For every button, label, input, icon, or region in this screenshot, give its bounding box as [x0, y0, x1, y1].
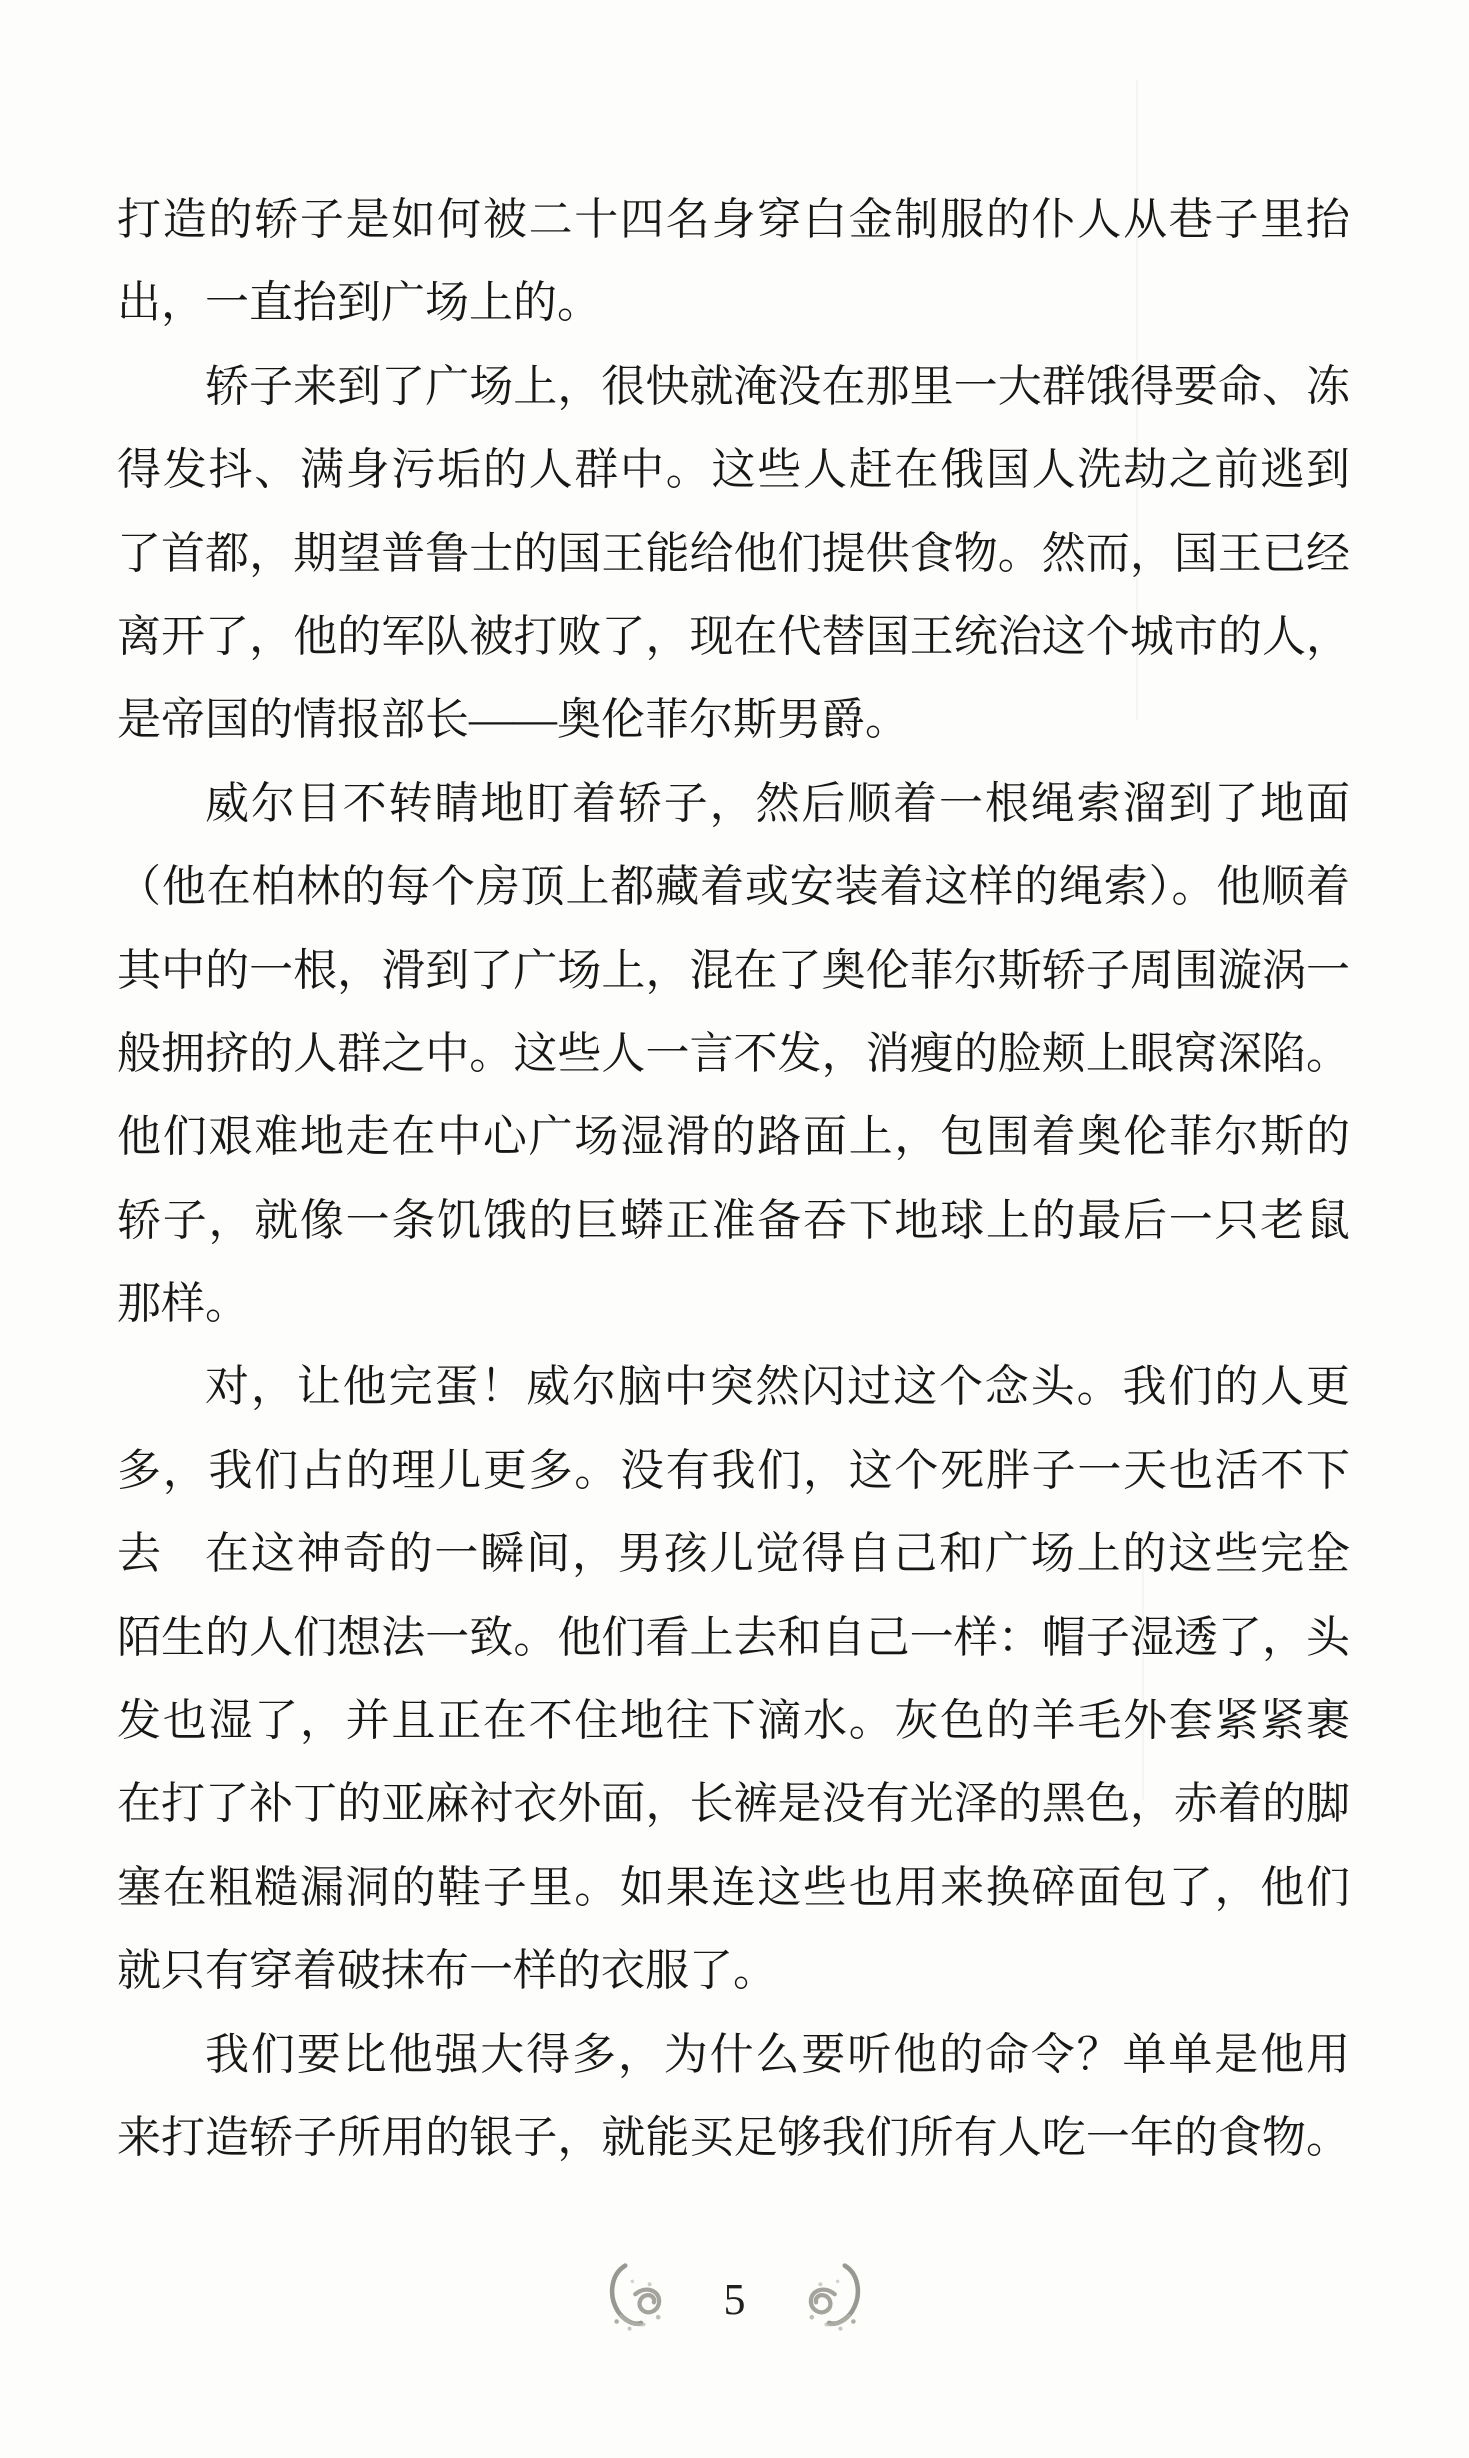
- text-line: 塞在粗糙漏洞的鞋子里。如果连这些也用来换碎面包了，他们: [117, 1846, 1350, 1929]
- book-page: 打造的轿子是如何被二十四名身穿白金制服的仆人从巷子里抬 出，一直抬到广场上的。 …: [0, 0, 1469, 2458]
- page-footer: 5: [0, 2252, 1469, 2348]
- text-line: 在打了补丁的亚麻衬衣外面，长裤是没有光泽的黑色，赤着的脚: [117, 1762, 1350, 1845]
- text-line: 我们要比他强大得多，为什么要听他的命令？单单是他用: [117, 2013, 1350, 2096]
- text-line: 对，让他完蛋！威尔脑中突然闪过这个念头。我们的人更: [117, 1345, 1350, 1428]
- body-text: 打造的轿子是如何被二十四名身穿白金制服的仆人从巷子里抬 出，一直抬到广场上的。 …: [117, 178, 1350, 2179]
- text-line: 他们艰难地走在中心广场湿滑的路面上，包围着奥伦菲尔斯的: [117, 1095, 1350, 1178]
- text-line: 般拥挤的人群之中。这些人一言不发，消瘦的脸颊上眼窝深陷。: [117, 1012, 1350, 1095]
- text-line: 在这神奇的一瞬间，男孩儿觉得自己和广场上的这些完全: [117, 1512, 1350, 1595]
- text-line: 离开了，他的军队被打败了，现在代替国王统治这个城市的人，: [117, 595, 1350, 678]
- text-line: 是帝国的情报部长——奥伦菲尔斯男爵。: [117, 678, 1350, 761]
- text-line: 陌生的人们想法一致。他们看上去和自己一样：帽子湿透了，头: [117, 1596, 1350, 1679]
- text-line: 出，一直抬到广场上的。: [117, 261, 1350, 344]
- text-line: 得发抖、满身污垢的人群中。这些人赶在俄国人洗劫之前逃到: [117, 428, 1350, 511]
- text-line: （他在柏林的每个房顶上都藏着或安装着这样的绳索）。他顺着: [117, 845, 1350, 928]
- text-line: 就只有穿着破抹布一样的衣服了。: [117, 1929, 1350, 2012]
- text-line: 了首都，期望普鲁士的国王能给他们提供食物。然而，国王已经: [117, 512, 1350, 595]
- page-number: 5: [718, 2252, 752, 2348]
- text-line: 来打造轿子所用的银子，就能买足够我们所有人吃一年的食物。: [117, 2096, 1350, 2179]
- text-line: 那样。: [117, 1262, 1350, 1345]
- text-line: 多，我们占的理儿更多。没有我们，这个死胖子一天也活不下去！: [117, 1429, 1350, 1512]
- text-line: 其中的一根，滑到了广场上，混在了奥伦菲尔斯轿子周围漩涡一: [117, 929, 1350, 1012]
- text-line: 发也湿了，并且正在不住地往下滴水。灰色的羊毛外套紧紧裹: [117, 1679, 1350, 1762]
- text-line: 威尔目不转睛地盯着轿子，然后顺着一根绳索溜到了地面: [117, 762, 1350, 845]
- text-line: 轿子来到了广场上，很快就淹没在那里一大群饿得要命、冻: [117, 345, 1350, 428]
- text-line: 打造的轿子是如何被二十四名身穿白金制服的仆人从巷子里抬: [117, 178, 1350, 261]
- swirl-stamp-right-icon: [786, 2258, 872, 2342]
- swirl-stamp-left-icon: [598, 2258, 684, 2342]
- text-line: 轿子，就像一条饥饿的巨蟒正准备吞下地球上的最后一只老鼠: [117, 1179, 1350, 1262]
